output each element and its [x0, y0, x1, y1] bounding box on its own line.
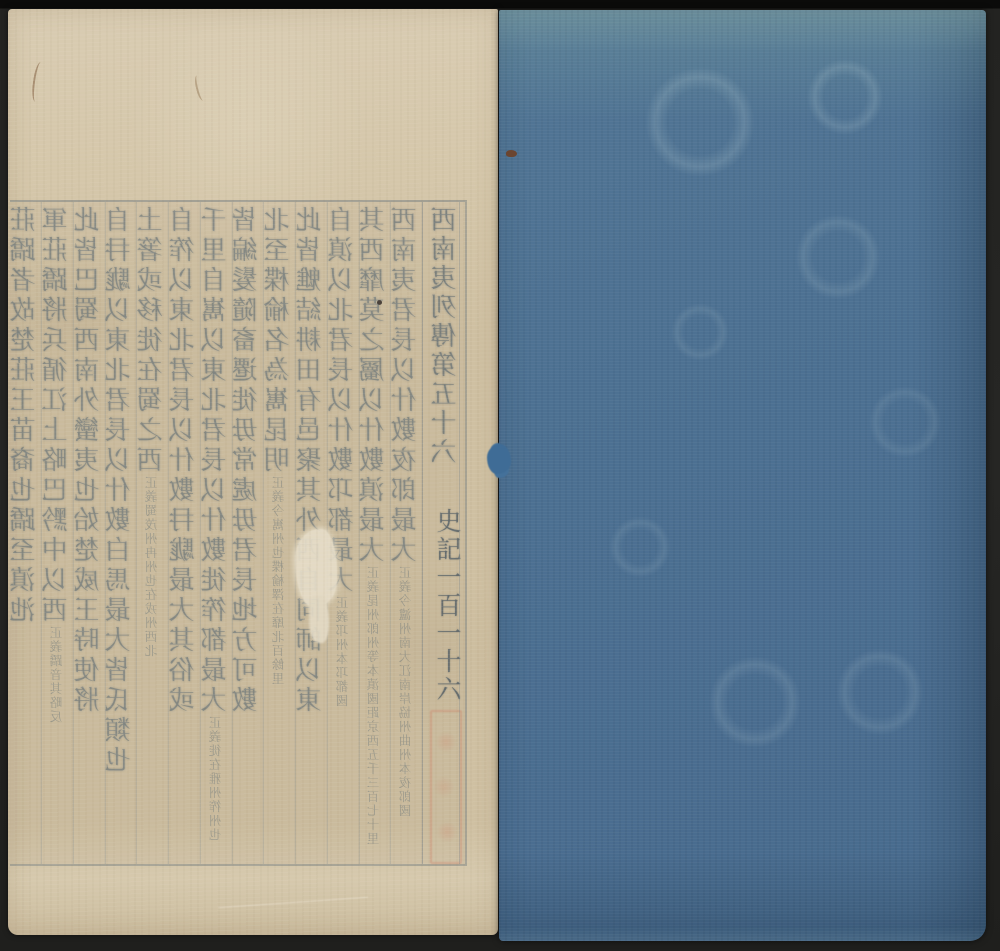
indigo-book-cover — [499, 10, 986, 941]
text-column: 西南夷君長以什數夜郎最大正義今瀘州南大江南岸協州曲州本夜郎國 — [391, 202, 423, 864]
text-column: 千里自嶲以東北君長以什數徙筰都最大正義徙在雅州筰州也 — [201, 202, 233, 864]
text-column: 莊蹻者故楚莊王苗裔也蹻至滇池 — [10, 202, 42, 864]
blue-ink-blob — [487, 444, 511, 474]
text-column: 皆編髮隨畜遷徙毋常處毋君長地方可數 — [232, 202, 264, 864]
book-page-verso: 西南夷君長以什數夜郎最大正義今瀘州南大江南岸協州曲州本夜郎國其西靡莫之屬以什數滇… — [8, 9, 498, 935]
text-column: 北至楪榆名為嶲昆明正義今嶲州也楪榆澤在靡北百餘里 — [264, 202, 296, 864]
paper-crease — [218, 897, 368, 908]
text-column: 其西靡莫之屬以什數滇最大正義昆州郎州等本滇國距京西五千三百七十里 — [359, 202, 391, 864]
text-column: 自筰以東北君長以什數冄駹最大其俗或 — [169, 202, 201, 864]
volume-label-banxin: 史記一百一十六 — [429, 508, 465, 718]
paper-fiber-mark — [30, 61, 45, 102]
photo-background: 西南夷君長以什數夜郎最大正義今瀘州南大江南岸協州曲州本夜郎國其西靡莫之屬以什數滇… — [0, 0, 1000, 951]
text-column: 自滇以北君長以什數邛都最大正義邛州本邛都國 — [328, 202, 360, 864]
paper-fiber-mark — [193, 74, 207, 101]
text-column: 土箸或移徙在蜀之西正義蜀茂州冉州也在戎州西北 — [137, 202, 169, 864]
ink-speck — [377, 300, 382, 305]
printed-text-block: 西南夷君長以什數夜郎最大正義今瀘州南大江南岸協州曲州本夜郎國其西靡莫之屬以什數滇… — [10, 200, 467, 866]
text-column: 此皆巴蜀西南外蠻夷也始楚威王時使將 — [74, 202, 106, 864]
paper-repair-patch — [295, 529, 337, 607]
text-column: 自冄駹以東北君長以什數白馬最大皆氐類也 — [105, 202, 137, 864]
seal-stamp — [430, 710, 462, 864]
text-columns: 西南夷君長以什數夜郎最大正義今瀘州南大江南岸協州曲州本夜郎國其西靡莫之屬以什數滇… — [10, 202, 423, 864]
text-column: 軍莊蹻將兵循江上略巴黔中以西正義蹻音其略反 — [42, 202, 74, 864]
gutter-strip: 西南夷列傳第五十六 史記一百一十六 — [422, 202, 465, 864]
chapter-title-column: 西南夷列傳第五十六 — [427, 206, 464, 476]
brown-speck — [506, 150, 517, 157]
